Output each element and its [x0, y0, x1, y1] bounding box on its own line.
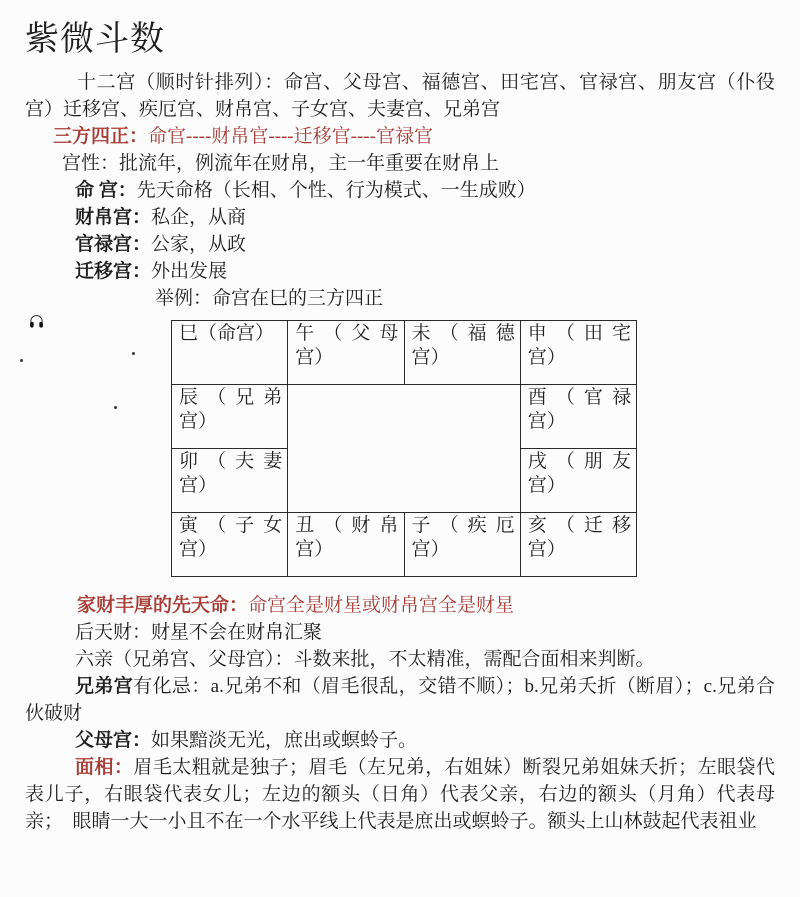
paragraph-example: 举例：命宫在巳的三方四正	[25, 285, 775, 312]
sanfang-text: 命官----财帛官----迁移官----官禄官	[148, 126, 433, 147]
palace-table-row-1: 巳（命宫） 午（父母宫） 未（福德宫） 申（田宅宫）	[172, 320, 637, 384]
paragraph-sanfang-sizheng: 三方四正：命官----财帛官----迁移官----官禄官	[25, 123, 775, 150]
twelve-palaces-text: 十二宫（顺时针排列）：命宫、父母宫、福德宫、田宅宫、官禄宫、朋友宫（仆役宫）迁移…	[25, 72, 775, 120]
liuqin-text: 六亲（兄弟宫、父母宫）：斗数来批，不太精准，需配合面相来判断。	[75, 649, 655, 670]
qianyi-gong-label: 迁移宫：	[75, 261, 151, 282]
palace-cell-zi: 子（疾厄宫）	[404, 512, 520, 576]
paragraph-caibo-gong: 财帛宫：私企，从商	[25, 204, 775, 231]
gongxing-label: 宫性：	[62, 153, 119, 174]
paragraph-twelve-palaces: 十二宫（顺时针排列）：命宫、父母宫、福德宫、田宅宫、官禄宫、朋友宫（仆役宫）迁移…	[25, 69, 775, 123]
paragraph-xiongdi-gong: 兄弟宫有化忌：a.兄弟不和（眉毛很乱，交错不顺）；b.兄弟夭折（断眉）；c.兄弟…	[25, 673, 775, 727]
ming-gong-label: 命 宫：	[75, 180, 137, 201]
palace-table-row-4: 寅（子女宫） 丑（财帛宫） 子（疾厄宫） 亥（迁移宫）	[172, 512, 637, 576]
paragraph-guanlu-gong: 官禄宫：公家，从政	[25, 231, 775, 258]
paragraph-ming-gong: 命 宫：先天命格（长相、个性、行为模式、一生成败）	[25, 177, 775, 204]
palace-cell-xu: 戌（朋友宫）	[520, 448, 636, 512]
paragraph-mianxiang: 面相：眉毛太粗就是独子；眉毛（左兄弟，右姐妹）断裂兄弟姐妹夭折；左眼袋代表儿子，…	[25, 754, 775, 835]
page-title: 紫微斗数	[25, 20, 775, 61]
paragraph-qianyi-gong: 迁移宫：外出发展	[25, 258, 775, 285]
palace-cell-chou: 丑（财帛宫）	[288, 512, 404, 576]
guanlu-gong-label: 官禄宫：	[75, 234, 151, 255]
palace-cell-chen: 辰（兄弟宫）	[172, 384, 288, 448]
page-content: 紫微斗数 十二宫（顺时针排列）：命宫、父母宫、福德宫、田宅宫、官禄宫、朋友宫（仆…	[25, 20, 775, 835]
paragraph-liuqin: 六亲（兄弟宫、父母宫）：斗数来批，不太精准，需配合面相来判断。	[25, 646, 775, 673]
houtian-text: 财星不会在财帛汇聚	[151, 622, 322, 643]
caibo-gong-text: 私企，从商	[151, 207, 246, 228]
mianxiang-text: 眉毛太粗就是独子；眉毛（左兄弟，右姐妹）断裂兄弟姐妹夭折；左眼袋代表儿子，右眼袋…	[25, 757, 775, 832]
paragraph-gongxing: 宫性：批流年，例流年在财帛，主一年重要在财帛上	[25, 150, 775, 177]
palace-cell-shen: 申（田宅宫）	[520, 320, 636, 384]
sanfang-label: 三方四正：	[53, 126, 148, 147]
paragraph-fumu-gong: 父母宫：如果黯淡无光，庶出或螟蛉子。	[25, 727, 775, 754]
xiongdi-gong-text: 有化忌：a.兄弟不和（眉毛很乱，交错不顺）；b.兄弟夭折（断眉）；c.兄弟合伙破…	[25, 676, 775, 724]
fumu-gong-label: 父母宫：	[75, 730, 151, 751]
palace-table-center	[288, 384, 521, 512]
paragraph-jiacai: 家财丰厚的先天命：命宫全是财星或财帛宫全是财星	[25, 592, 775, 619]
paragraph-houtian: 后天财：财星不会在财帛汇聚	[25, 619, 775, 646]
fumu-gong-text: 如果黯淡无光，庶出或螟蛉子。	[151, 730, 417, 751]
example-text: 举例：命宫在巳的三方四正	[155, 288, 383, 309]
document-page: { "title": "紫微斗数", "colors": { "accent_r…	[0, 0, 800, 897]
caibo-gong-label: 财帛宫：	[75, 207, 151, 228]
houtian-label: 后天财：	[75, 622, 151, 643]
palace-table-row-2: 辰（兄弟宫） 酉（官禄宫）	[172, 384, 637, 448]
palace-table: 巳（命宫） 午（父母宫） 未（福德宫） 申（田宅宫） 辰（兄弟宫） 酉（官禄宫）…	[171, 320, 637, 577]
palace-cell-yin: 寅（子女宫）	[172, 512, 288, 576]
mianxiang-label: 面相：	[75, 757, 133, 778]
gongxing-text: 批流年，例流年在财帛，主一年重要在财帛上	[119, 153, 499, 174]
palace-cell-si: 巳（命宫）	[172, 320, 288, 384]
palace-cell-mao: 卯（夫妻宫）	[172, 448, 288, 512]
palace-cell-wu: 午（父母宫）	[288, 320, 404, 384]
guanlu-gong-text: 公家，从政	[151, 234, 246, 255]
palace-cell-hai: 亥（迁移宫）	[520, 512, 636, 576]
ming-gong-text: 先天命格（长相、个性、行为模式、一生成败）	[137, 180, 536, 201]
palace-cell-you: 酉（官禄宫）	[520, 384, 636, 448]
palace-cell-wei: 未（福德宫）	[404, 320, 520, 384]
qianyi-gong-text: 外出发展	[151, 261, 227, 282]
xiongdi-gong-label: 兄弟宫	[75, 676, 133, 697]
speck-dot	[20, 359, 23, 362]
jiacai-label: 家财丰厚的先天命：	[77, 595, 248, 616]
jiacai-text: 命宫全是财星或财帛宫全是财星	[248, 595, 514, 616]
